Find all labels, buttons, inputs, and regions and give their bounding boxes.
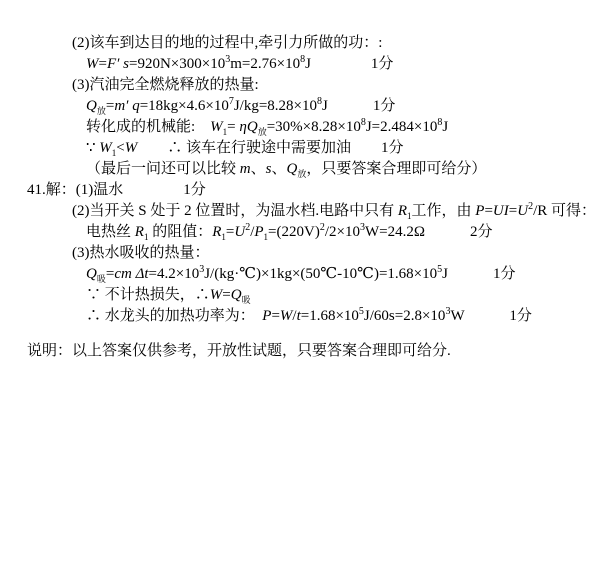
text-segment: R (135, 224, 144, 240)
text-segment: W (450, 308, 464, 324)
text-segment: 41.解：(1)温水 1分 (27, 182, 206, 198)
text-segment: = (227, 119, 239, 135)
text-segment: ，只要答案合理即可给分） (306, 161, 486, 177)
text-segment: 放 (97, 106, 106, 116)
text-segment: =18kg×4.6×10 (140, 98, 229, 114)
text-segment: ∵ (86, 140, 99, 156)
text-segment: J/kg=8.28×10 (234, 98, 317, 114)
text-segment: 放 (297, 169, 306, 179)
text-segment: = (99, 56, 107, 72)
text-segment: Q (86, 98, 97, 114)
text-segment: = (222, 287, 230, 303)
text-segment: 工作，由 (412, 203, 476, 219)
text-segment: 说明：以上答案仅供参考，开放性试题，只要答案合理即可给分. (27, 343, 451, 359)
answer-line: (2)当开关 S 处于 2 位置时，为温水档.电路中只有 R1工作，由 P=UI… (72, 201, 592, 222)
document-lines: (2)该车到达目的地的过程中,牵引力所做的功：:W=F′ s=920N×300×… (0, 33, 592, 362)
text-segment: (3)汽油完全燃烧释放的热量: (72, 77, 259, 93)
text-segment: 吸 (97, 274, 106, 284)
text-segment: Q (86, 266, 97, 282)
text-segment: ∴ 水龙头的加热功率为： (86, 308, 262, 324)
text-segment: W (99, 140, 112, 156)
text-segment: q (132, 98, 140, 114)
answer-line: 说明：以上答案仅供参考，开放性试题，只要答案合理即可给分. (27, 341, 592, 362)
answer-line: W=F′ s=920N×300×103m=2.76×108J 1分 (86, 54, 592, 75)
answer-line: ∵ 不计热损失，∴W=Q吸 (86, 285, 592, 306)
answer-line: ∵ W1<W ∴ 该车在行驶途中需要加油 1分 (86, 138, 592, 159)
text-segment: W (86, 56, 99, 72)
text-segment: η (239, 119, 246, 135)
answer-line: (3)汽油完全燃烧释放的热量: (72, 75, 592, 96)
text-segment: W=24.2Ω (365, 224, 425, 240)
text-segment: J=2.484×10 (366, 119, 438, 135)
text-segment: 的阻值： (148, 224, 212, 240)
text-segment: Q (286, 161, 297, 177)
text-segment: （最后一问还可以比较 (86, 161, 240, 177)
text-segment: cm Δt (114, 266, 148, 282)
text-segment: F′ (107, 56, 119, 72)
text-segment: 转化成的机械能: (86, 119, 210, 135)
text-segment: J/60s=2.8×10 (364, 308, 446, 324)
text-segment: =4.2×10 (149, 266, 200, 282)
text-segment: W (280, 308, 293, 324)
answer-line: 转化成的机械能: W1= ηQ放=30%×8.28×108J=2.484×108… (86, 117, 592, 138)
answer-line: ∴ 水龙头的加热功率为： P=W/t=1.68×105J/60s=2.8×103… (86, 306, 592, 327)
text-segment: < (116, 140, 124, 156)
text-segment: 、 (271, 161, 286, 177)
text-segment: Q (247, 119, 258, 135)
text-segment: /2×10 (325, 224, 360, 240)
answer-line: Q放=m′ q=18kg×4.6×107J/kg=8.28×108J 1分 (86, 96, 592, 117)
text-segment: m=2.76×10 (230, 56, 300, 72)
text-segment: =30%×8.28×10 (267, 119, 361, 135)
text-segment: 放 (258, 127, 267, 137)
text-segment: m (240, 161, 251, 177)
answer-line: 41.解：(1)温水 1分 (27, 180, 592, 201)
text-segment: =(220V) (268, 224, 320, 240)
answer-line: (2)该车到达目的地的过程中,牵引力所做的功：: (72, 33, 592, 54)
answer-line: (3)热水吸收的热量： (72, 243, 592, 264)
text-segment: R (212, 224, 221, 240)
text-segment: 吸 (242, 295, 251, 305)
text-segment: 1分 (464, 308, 532, 324)
text-segment: 1分 (448, 266, 516, 282)
text-segment: /R 可得： (533, 203, 592, 219)
text-segment: m′ (114, 98, 128, 114)
text-segment: U (517, 203, 528, 219)
text-segment: Q (231, 287, 242, 303)
text-segment: UI (493, 203, 509, 219)
text-segment: J (442, 119, 448, 135)
text-segment: 、 (251, 161, 266, 177)
answer-line: 电热丝 R1 的阻值：R1=U2/P1=(220V)2/2×103W=24.2Ω… (86, 222, 592, 243)
text-segment: W (210, 119, 223, 135)
text-segment: (2)该车到达目的地的过程中,牵引力所做的功：: (72, 35, 382, 51)
text-segment: J/(kg·℃)×1kg×(50℃-10℃)=1.68×10 (204, 266, 437, 282)
text-segment: = (509, 203, 517, 219)
text-segment: U (234, 224, 245, 240)
text-segment: 2分 (425, 224, 493, 240)
text-segment: (3)热水吸收的热量： (72, 245, 210, 261)
text-segment: = (271, 308, 279, 324)
text-segment: ∴ 该车在行驶途中需要加油 1分 (137, 140, 403, 156)
text-segment: = (484, 203, 492, 219)
text-segment: (2)当开关 S 处于 2 位置时，为温水档.电路中只有 (72, 203, 398, 219)
text-segment: 1分 (328, 98, 396, 114)
text-segment: 1分 (311, 56, 394, 72)
text-segment: ∵ 不计热损失，∴ (86, 287, 210, 303)
text-segment: W (210, 287, 223, 303)
text-segment: =920N×300×10 (129, 56, 225, 72)
answer-line: （最后一问还可以比较 m、s、Q放，只要答案合理即可给分） (86, 159, 592, 180)
text-segment: =1.68×10 (301, 308, 359, 324)
text-segment: R (398, 203, 407, 219)
answer-line: Q吸=cm Δt=4.2×103J/(kg·℃)×1kg×(50℃-10℃)=1… (86, 264, 592, 285)
exam-answer-document: (2)该车到达目的地的过程中,牵引力所做的功：:W=F′ s=920N×300×… (0, 0, 592, 577)
text-segment: W (125, 140, 138, 156)
text-segment: P (254, 224, 263, 240)
text-segment: 电热丝 (86, 224, 135, 240)
